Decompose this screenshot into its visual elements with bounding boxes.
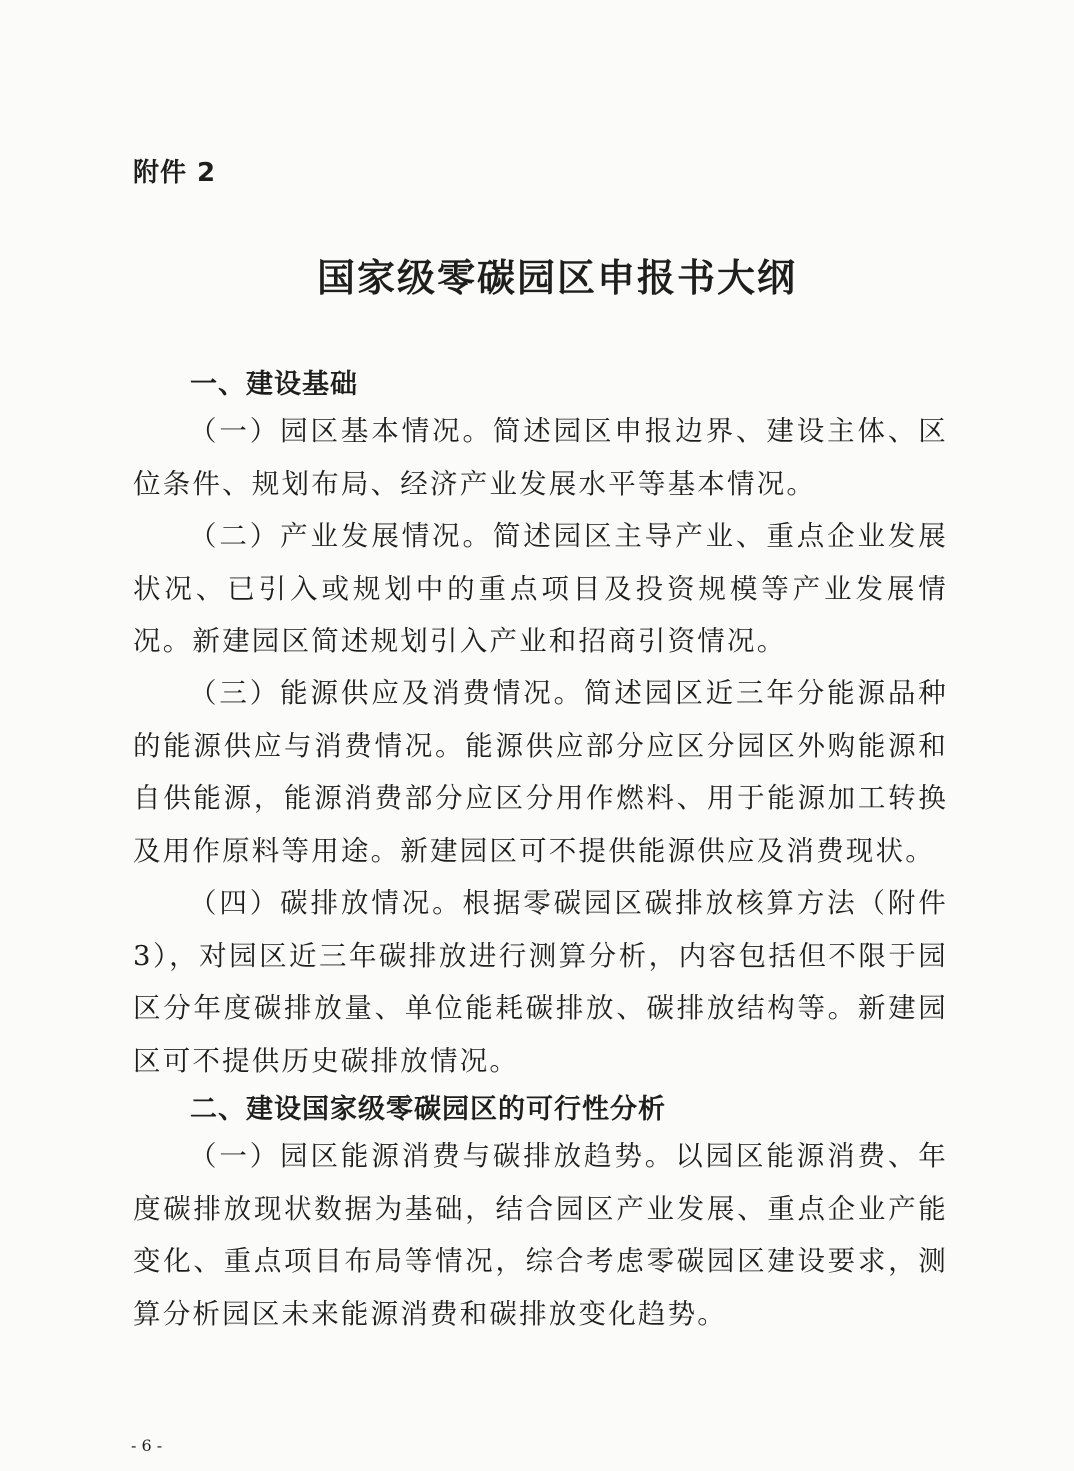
attachment-label: 附件 2 xyxy=(133,152,216,189)
page-number: - 6 - xyxy=(131,1436,162,1455)
document-page: 附件 2 国家级零碳园区申报书大纲 一、建设基础 （一）园区基本情况。简述园区申… xyxy=(0,0,1074,1471)
paragraph-1-4: （四）碳排放情况。根据零碳园区碳排放核算方法（附件 3），对园区近三年碳排放进行… xyxy=(133,877,948,1087)
paragraph-2-1: （一）园区能源消费与碳排放趋势。以园区能源消费、年度碳排放现状数据为基础，结合园… xyxy=(133,1130,948,1340)
document-title: 国家级零碳园区申报书大纲 xyxy=(0,247,1074,302)
section-heading-1: 一、建设基础 xyxy=(190,362,358,401)
paragraph-1-1: （一）园区基本情况。简述园区申报边界、建设主体、区位条件、规划布局、经济产业发展… xyxy=(133,405,948,510)
paragraph-1-3: （三）能源供应及消费情况。简述园区近三年分能源品种的能源供应与消费情况。能源供应… xyxy=(133,667,948,877)
paragraph-1-2: （二）产业发展情况。简述园区主导产业、重点企业发展状况、已引入或规划中的重点项目… xyxy=(133,510,948,668)
section-heading-2: 二、建设国家级零碳园区的可行性分析 xyxy=(190,1087,666,1126)
